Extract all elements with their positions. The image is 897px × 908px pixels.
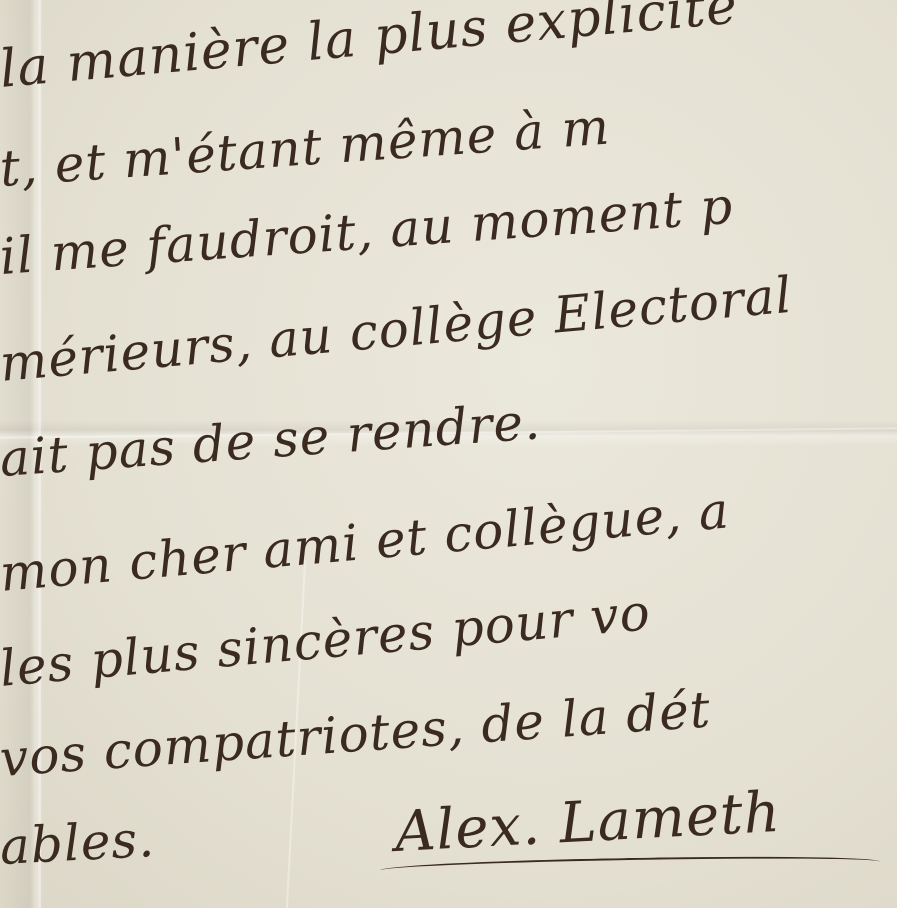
letter-line-3: il me faudroit, au moment p — [0, 177, 735, 286]
handwritten-letter: la manière la plus explicite t, et m'éta… — [0, 0, 897, 908]
letter-line-1: la manière la plus explicite — [0, 0, 740, 100]
letter-line-7: les plus sincères pour vo — [0, 583, 653, 698]
letter-line-5: ait pas de se rendre. — [0, 392, 543, 488]
letter-line-4: mérieurs, au collège Electoral — [0, 266, 795, 393]
letter-line-2: t, et m'étant même à m — [0, 97, 612, 198]
signature: Alex. Lameth — [393, 780, 782, 865]
letter-line-8: vos compatriotes, de la dét — [0, 680, 713, 788]
letter-line-9: ables. — [0, 810, 156, 876]
